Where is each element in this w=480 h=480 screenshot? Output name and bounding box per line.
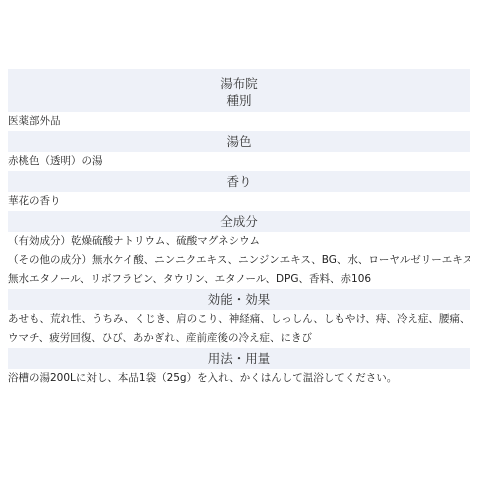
section-heading-ingredients: 全成分 (8, 211, 470, 232)
section-heading-type: 種別 (8, 92, 470, 109)
ingredients-line-other: （その他の成分）無水ケイ酸、ニンニクエキス、ニンジンエキス、BG、水、ローヤルゼ… (8, 251, 470, 270)
water-color-value: 赤桃色（透明）の湯 (8, 152, 470, 171)
effects-line-1: あせも、荒れ性、うちみ、くじき、肩のこり、神経痛、しっしん、しもやけ、痔、冷え症… (8, 310, 470, 329)
ingredients-line-active: （有効成分）乾燥硫酸ナトリウム、硫酸マグネシウム (8, 232, 470, 251)
ingredients-line-other-cont: 無水エタノール、リボフラビン、タウリン、エタノール、DPG、香料、赤106 (8, 270, 470, 289)
product-name: 湯布院 (8, 75, 470, 92)
effects-line-2: ウマチ、疲労回復、ひび、あかぎれ、産前産後の冷え症、にきび (8, 329, 470, 348)
section-heading-water-color: 湯色 (8, 131, 470, 152)
product-spec-table: 湯布院 種別 医薬部外品 湯色 赤桃色（透明）の湯 香り 華花の香り 全成分 （… (8, 69, 470, 388)
product-title-band: 湯布院 種別 (8, 69, 470, 112)
ingredients-list: （有効成分）乾燥硫酸ナトリウム、硫酸マグネシウム （その他の成分）無水ケイ酸、ニ… (8, 232, 470, 289)
effects-list: あせも、荒れ性、うちみ、くじき、肩のこり、神経痛、しっしん、しもやけ、痔、冷え症… (8, 310, 470, 348)
section-heading-usage: 用法・用量 (8, 348, 470, 369)
section-heading-scent: 香り (8, 171, 470, 192)
type-value: 医薬部外品 (8, 112, 470, 131)
usage-value: 浴槽の湯200Lに対し、本品1袋（25g）を入れ、かくはんして温浴してください。 (8, 369, 470, 388)
scent-value: 華花の香り (8, 192, 470, 211)
section-heading-effects: 効能・効果 (8, 289, 470, 310)
